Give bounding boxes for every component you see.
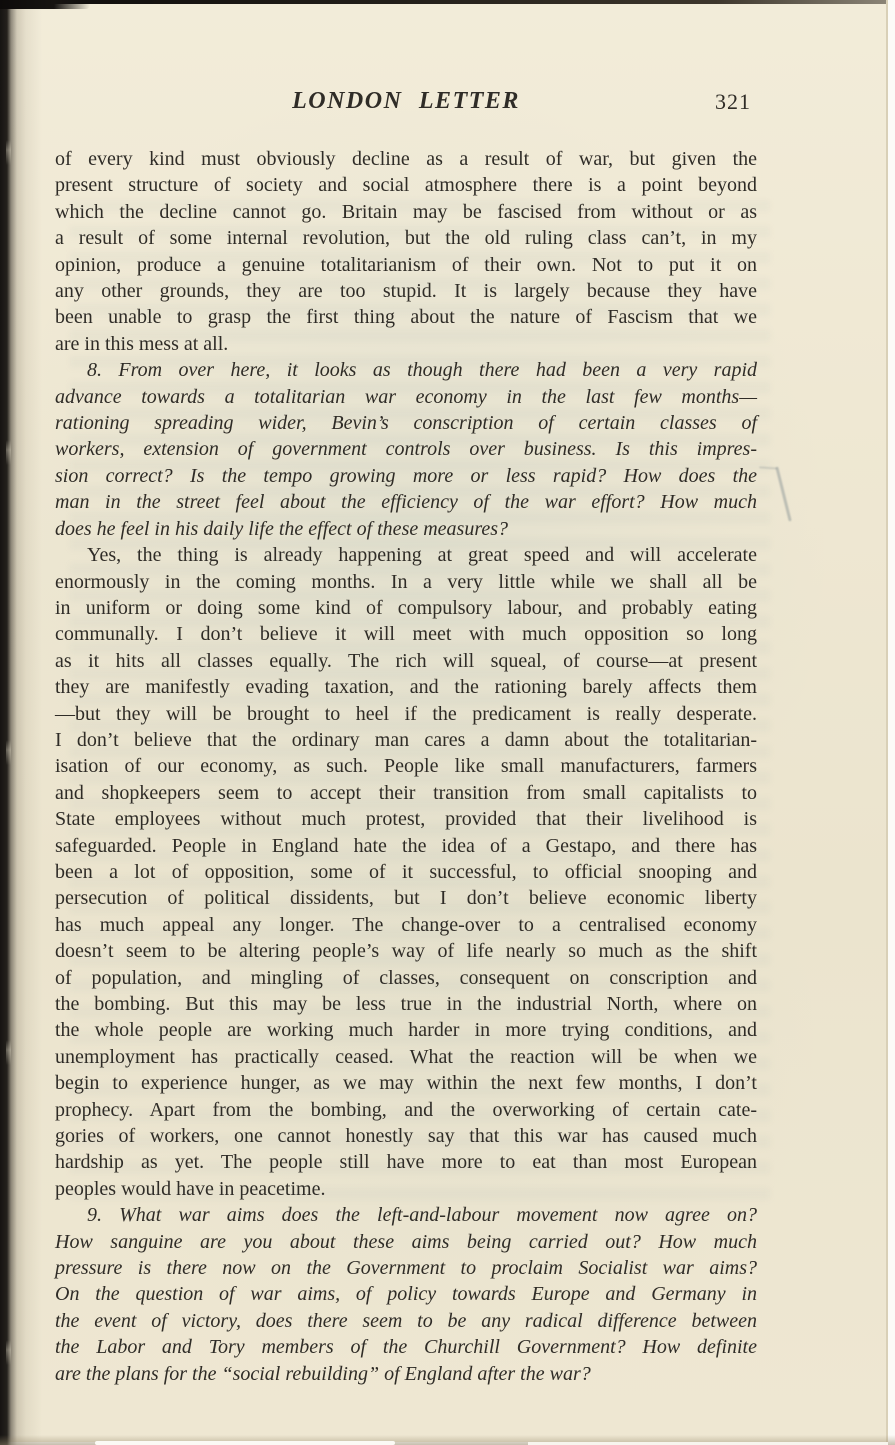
text-line: as it hits all classes equally. The rich…	[55, 648, 757, 674]
text-line: safeguarded. People in England hate the …	[55, 833, 757, 859]
text-line: advance towards a totalitarian war econo…	[55, 384, 757, 410]
text-line: persecution of political dissidents, but…	[55, 885, 757, 911]
page-number: 321	[715, 89, 751, 115]
text-line: has much appeal any longer. The change-o…	[55, 912, 757, 938]
paragraph: 8. From over here, it looks as though th…	[55, 357, 757, 542]
text-line: prophecy. Apart from the bombing, and th…	[55, 1097, 757, 1123]
text-line: of every kind must obviously decline as …	[55, 146, 757, 172]
top-left-corner-shadow	[0, 0, 90, 9]
text-line: and shopkeepers seem to accept their tra…	[55, 780, 757, 806]
page-body: of every kind must obviously decline as …	[55, 146, 757, 1387]
text-line: workers, extension of government control…	[55, 436, 757, 462]
paragraph: Yes, the thing is already happening at g…	[55, 542, 757, 1202]
text-line: sion correct? Is the tempo growing more …	[55, 463, 757, 489]
text-line: peoples would have in peacetime.	[55, 1176, 757, 1202]
text-line: they are manifestly evading taxation, an…	[55, 674, 757, 700]
text-line: State employees without much protest, pr…	[55, 806, 757, 832]
text-line: of population, and mingling of classes, …	[55, 965, 757, 991]
text-line: the event of victory, does there seem to…	[55, 1308, 757, 1334]
text-line: the bombing. But this may be less true i…	[55, 991, 757, 1017]
text-line: gories of workers, one cannot honestly s…	[55, 1123, 757, 1149]
top-edge-shadow	[0, 0, 895, 4]
book-gutter-shadow	[0, 0, 42, 1445]
text-line: unemployment has practically ceased. Wha…	[55, 1044, 757, 1070]
page-header: LONDON LETTER 321	[55, 88, 757, 120]
text-line: —but they will be brought to heel if the…	[55, 701, 757, 727]
pencil-mark-artifact	[775, 466, 791, 521]
text-line: I don’t believe that the ordinary man ca…	[55, 727, 757, 753]
running-title: LONDON LETTER	[55, 88, 757, 115]
text-line: doesn’t seem to be altering people’s way…	[55, 938, 757, 964]
text-line: been a lot of opposition, some of it suc…	[55, 859, 757, 885]
text-line: begin to experience hunger, as we may wi…	[55, 1070, 757, 1096]
text-line: are the plans for the “social rebuilding…	[55, 1361, 757, 1387]
text-line: pressure is there now on the Government …	[55, 1255, 757, 1281]
right-page-edge	[886, 0, 895, 1445]
text-line: the Labor and Tory members of the Church…	[55, 1334, 757, 1360]
text-line: Yes, the thing is already happening at g…	[55, 542, 757, 568]
text-line: 8. From over here, it looks as though th…	[55, 357, 757, 383]
text-line: does he feel in his daily life the effec…	[55, 516, 757, 542]
bottom-page-edge	[95, 1441, 395, 1445]
text-line: rationing spreading wider, Bevin’s consc…	[55, 410, 757, 436]
text-line: How sanguine are you about these aims be…	[55, 1229, 757, 1255]
text-line: hardship as yet. The people still have m…	[55, 1149, 757, 1175]
scanned-book-page: LONDON LETTER 321 of every kind must obv…	[0, 0, 895, 1445]
text-line: any other grounds, they are too stupid. …	[55, 278, 757, 304]
text-line: the whole people are working much harder…	[55, 1017, 757, 1043]
paragraph: of every kind must obviously decline as …	[55, 146, 757, 357]
text-line: opinion, produce a genuine totalitariani…	[55, 252, 757, 278]
text-line: man in the street feel about the efficie…	[55, 489, 757, 515]
text-line: present structure of society and social …	[55, 172, 757, 198]
text-line: enormously in the coming months. In a ve…	[55, 569, 757, 595]
paper-page: LONDON LETTER 321 of every kind must obv…	[0, 0, 888, 1442]
text-line: isation of our economy, as such. People …	[55, 753, 757, 779]
text-line: are in this mess at all.	[55, 331, 757, 357]
text-line: a result of some internal revolution, bu…	[55, 225, 757, 251]
text-line: On the question of war aims, of policy t…	[55, 1281, 757, 1307]
text-line: in uniform or doing some kind of compuls…	[55, 595, 757, 621]
text-line: 9. What war aims does the left-and-labou…	[55, 1202, 757, 1228]
text-line: communally. I don’t believe it will meet…	[55, 621, 757, 647]
text-line: which the decline cannot go. Britain may…	[55, 199, 757, 225]
text-line: been unable to grasp the first thing abo…	[55, 304, 757, 330]
paragraph: 9. What war aims does the left-and-labou…	[55, 1202, 757, 1387]
